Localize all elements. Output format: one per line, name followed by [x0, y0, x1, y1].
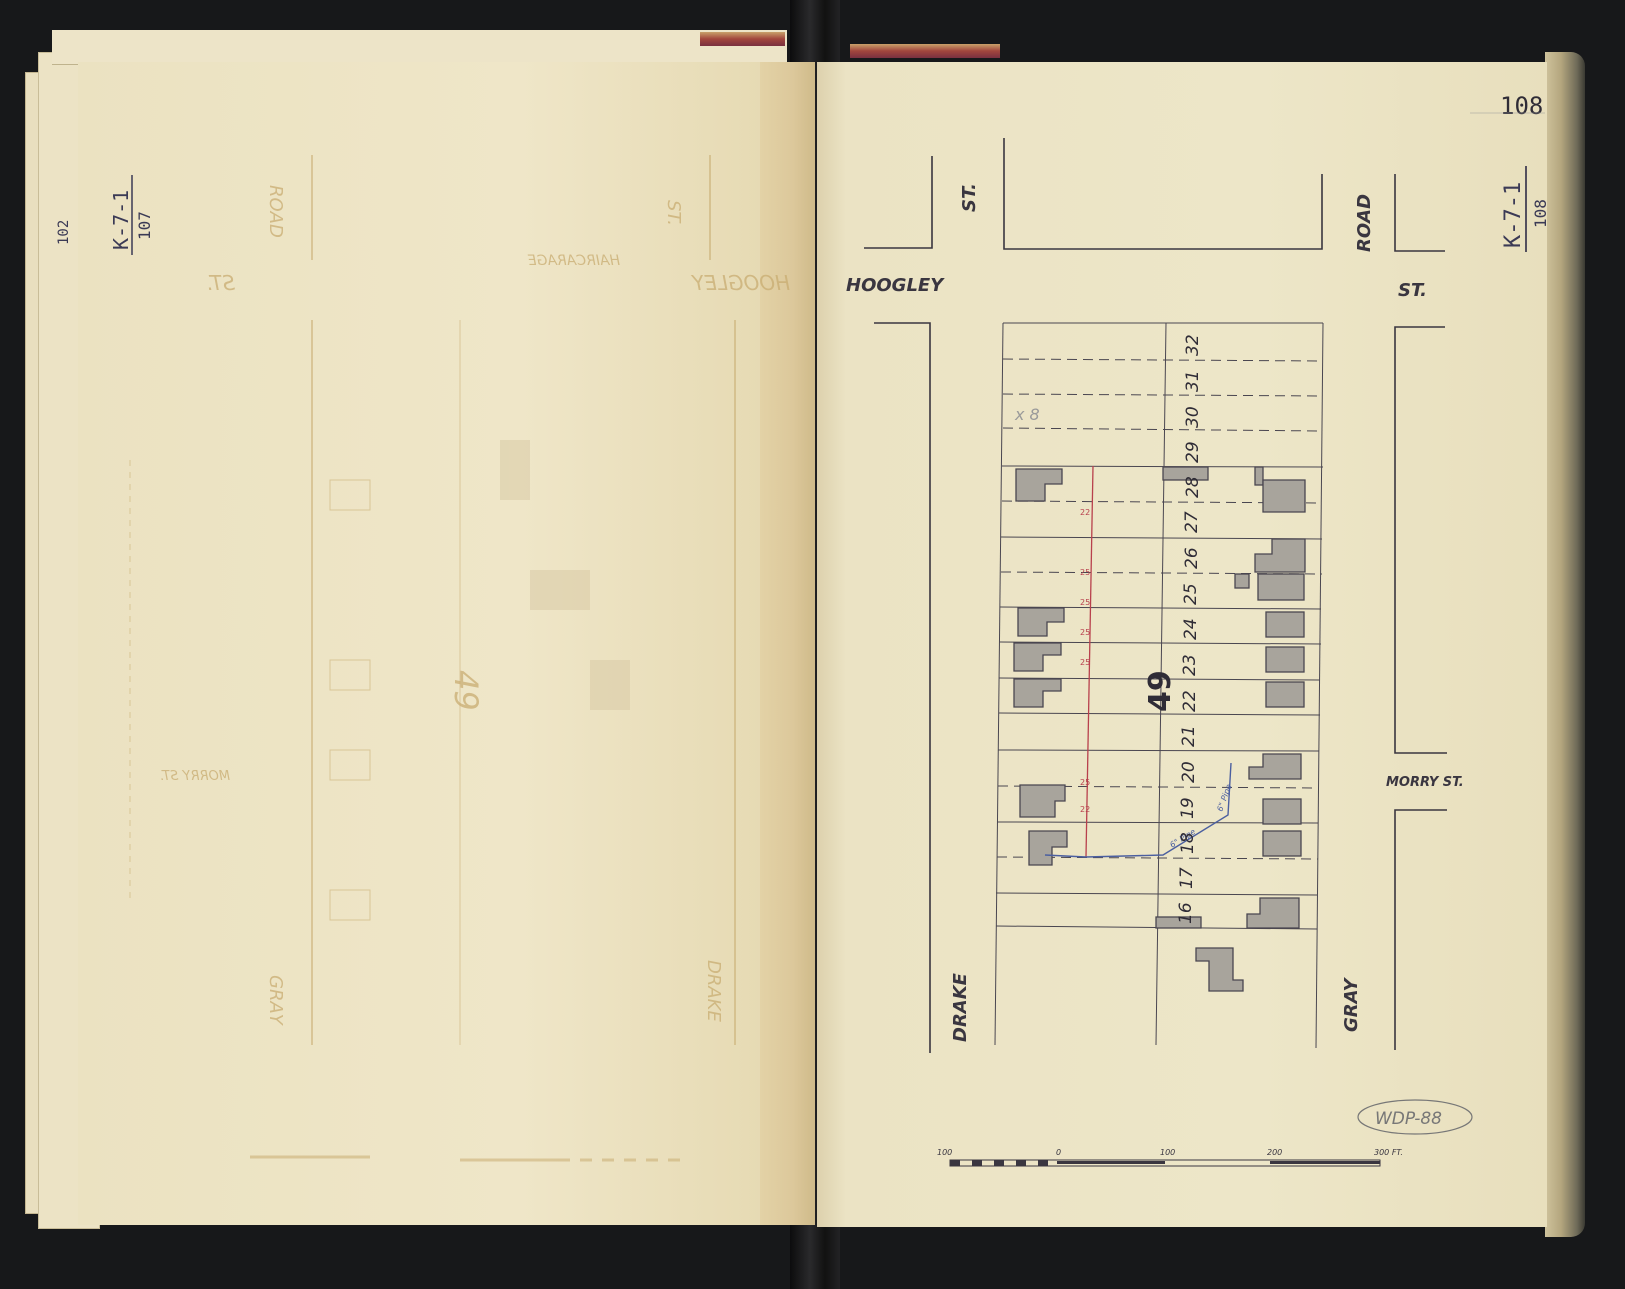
red-survey-line: 22 25 25 25 25 25 22 [1080, 466, 1093, 857]
svg-text:200: 200 [1267, 1148, 1282, 1157]
svg-text:17: 17 [1177, 867, 1197, 889]
map-drawing: HOOGLEY ST. ROAD ST. 49 HAIRCARAGE MORRY… [0, 0, 1625, 1289]
page-number: 108 [1500, 92, 1543, 120]
svg-text:102: 102 [56, 220, 72, 245]
ghost-label-st-top: ST. [663, 200, 684, 226]
svg-text:25: 25 [1080, 658, 1090, 667]
left-index-bottom: 107 [135, 211, 154, 240]
svg-text:6" Pipe: 6" Pipe [1215, 783, 1233, 813]
svg-text:26: 26 [1182, 547, 1202, 569]
sheet-index-bottom: 108 [1531, 199, 1550, 228]
svg-text:100: 100 [1160, 1148, 1175, 1157]
svg-text:29: 29 [1183, 441, 1203, 463]
buildings [1014, 467, 1305, 991]
ghost-label-st: ST. [206, 271, 235, 295]
street-label-road: ROAD [1354, 194, 1375, 252]
block-number: 49 [1143, 670, 1178, 712]
street-label-morry: MORRY ST. [1386, 775, 1464, 790]
svg-text:25: 25 [1080, 598, 1090, 607]
street-label-gray: GRAY [1341, 977, 1362, 1033]
svg-text:24: 24 [1181, 618, 1201, 640]
street-label-drake: DRAKE [950, 972, 971, 1042]
left-page-ghost [130, 155, 735, 1160]
street-lines [864, 138, 1447, 1053]
svg-text:20: 20 [1179, 761, 1199, 783]
left-sheet-index: K-7-1 107 [109, 175, 154, 255]
left-index-top: K-7-1 [109, 190, 133, 250]
svg-text:28: 28 [1183, 476, 1203, 498]
svg-text:32: 32 [1183, 334, 1203, 356]
pencil-note: x 8 [1014, 405, 1040, 424]
slip-page-number: 102 [56, 220, 72, 245]
left-page-ghost-labels: HOOGLEY ST. ROAD ST. 49 HAIRCARAGE MORRY… [160, 185, 790, 1027]
ghost-label-gray: GRAY [265, 975, 286, 1027]
sheet-index: K-7-1 108 [1501, 166, 1550, 252]
ghost-label-drake: DRAKE [703, 960, 724, 1022]
street-label-hoogley: HOOGLEY [846, 275, 945, 296]
svg-text:18: 18 [1178, 832, 1198, 854]
svg-text:25: 25 [1080, 568, 1090, 577]
building-lot-28-west [1016, 469, 1062, 501]
stamp-label: WDP-88 [1375, 1109, 1442, 1129]
svg-text:27: 27 [1182, 511, 1202, 533]
ghost-label-hoogley: HOOGLEY [690, 271, 790, 295]
ghost-block-number: 49 [447, 670, 485, 711]
svg-text:25: 25 [1181, 583, 1201, 605]
svg-text:22: 22 [1080, 805, 1090, 814]
ghost-label-morry: MORRY ST. [160, 769, 230, 784]
svg-text:30: 30 [1183, 406, 1203, 428]
ghost-label-road: ROAD [265, 185, 286, 238]
street-label-st-north: ST. [959, 183, 980, 212]
svg-text:19: 19 [1178, 797, 1198, 819]
lot-numbers: 32 31 30 29 28 27 26 25 24 23 22 21 20 1… [1176, 334, 1203, 924]
svg-text:25: 25 [1080, 628, 1090, 637]
scale-bar: 100 0 100 200 300 FT. [937, 1148, 1403, 1166]
sheet-index-top: K-7-1 [1501, 182, 1526, 248]
svg-text:0: 0 [1056, 1148, 1061, 1157]
svg-text:100: 100 [937, 1148, 952, 1157]
street-label-st-east: ST. [1398, 280, 1427, 301]
svg-text:23: 23 [1180, 654, 1200, 676]
ghost-label-faint: HAIRCARAGE [528, 253, 620, 269]
svg-text:21: 21 [1179, 725, 1199, 747]
blue-pipe: 6" Pipe 6" Pipe [1045, 763, 1234, 857]
svg-text:22: 22 [1080, 508, 1090, 517]
svg-text:22: 22 [1180, 690, 1200, 712]
svg-text:16: 16 [1176, 902, 1196, 924]
svg-text:31: 31 [1183, 370, 1203, 392]
svg-text:300 FT.: 300 FT. [1374, 1148, 1403, 1157]
svg-text:25: 25 [1080, 778, 1090, 787]
